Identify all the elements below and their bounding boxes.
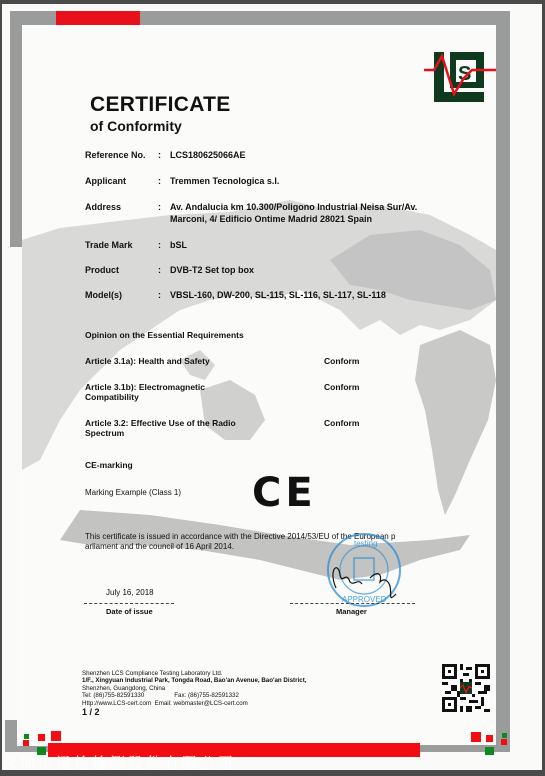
- opinion-heading: Opinion on the Essential Requirements: [85, 330, 244, 340]
- page-number: 1 / 2: [82, 707, 306, 718]
- article-3-2-result: Conform: [324, 418, 359, 428]
- decorative-square: [471, 732, 481, 742]
- separator: :: [158, 176, 161, 186]
- reference-label: Reference No.: [85, 150, 146, 160]
- separator: :: [158, 202, 161, 212]
- article-3-1b-label: Article 3.1b): ElectromagneticCompatibil…: [85, 382, 205, 402]
- models-label: Model(s): [85, 290, 122, 300]
- watermark-text: 深圳市讯检检测股份有限公司: [2, 752, 236, 773]
- lab-web-email: Http://www.LCS-cert.com Email: webmaster…: [82, 700, 306, 707]
- certificate-subtitle: of Conformity: [90, 118, 182, 134]
- trademark-value: bSL: [170, 240, 187, 250]
- lab-website-link[interactable]: Http://www.LCS-cert.com: [82, 700, 151, 707]
- product-label: Product: [85, 265, 119, 275]
- trademark-label: Trade Mark: [85, 240, 133, 250]
- marking-example-text: Marking Example (Class 1): [85, 488, 181, 497]
- manager-signature-line: [290, 603, 415, 604]
- frame-left-border: [10, 11, 22, 247]
- frame-bottom-right-border: [420, 744, 510, 752]
- directive-text-line2: arliament and the council of 16 April 20…: [85, 542, 234, 551]
- separator: :: [158, 290, 161, 300]
- decorative-square: [501, 739, 507, 745]
- decorative-square: [38, 734, 45, 741]
- address-line2: Marconi, 4/ Edificio Ontime Madrid 28021…: [170, 214, 372, 224]
- separator: :: [158, 265, 161, 275]
- address-line1: Av. Andalucia km 10.300/Poligono Industr…: [170, 202, 417, 212]
- decorative-square: [502, 733, 507, 738]
- applicant-value: Tremmen Tecnologica s.l.: [170, 176, 279, 186]
- reference-value: LCS180625066AE: [170, 150, 246, 160]
- approved-stamp-icon: testing APPROVED: [318, 530, 408, 610]
- article-3-2-label: Article 3.2: Effective Use of the RadioS…: [85, 418, 236, 438]
- lab-address-line2: Shenzhen, Guangdong, China: [82, 685, 306, 692]
- models-value: VBSL-160, DW-200, SL-115, SL-116, SL-117…: [170, 290, 386, 300]
- lab-company-name: Shenzhen LCS Compliance Testing Laborato…: [82, 670, 306, 677]
- frame-right-border: [496, 11, 510, 751]
- decorative-square: [486, 735, 493, 742]
- manager-label: Manager: [336, 607, 367, 617]
- decorative-square: [23, 740, 29, 746]
- red-accent-bar-top: [56, 11, 140, 25]
- article-3-1a-result: Conform: [324, 356, 359, 366]
- ce-mark-icon: CE: [252, 470, 317, 516]
- issue-date: July 16, 2018: [106, 588, 154, 597]
- lcs-logo-icon: S: [424, 48, 499, 106]
- address-label: Address: [85, 202, 121, 212]
- separator: :: [158, 240, 161, 250]
- applicant-label: Applicant: [85, 176, 126, 186]
- separator: :: [158, 150, 161, 160]
- lab-contact-block: Shenzhen LCS Compliance Testing Laborato…: [82, 670, 306, 718]
- article-3-1b-result: Conform: [324, 382, 359, 392]
- qr-code-icon[interactable]: [442, 664, 490, 712]
- date-of-issue-label: Date of issue: [106, 607, 153, 617]
- decorative-square: [24, 734, 29, 739]
- ce-marking-heading: CE-marking: [85, 460, 133, 470]
- certificate-title: CERTIFICATE: [90, 93, 231, 117]
- lab-phone-fax: Tel: (86)755-82591330Fax: (86)755-825913…: [82, 692, 306, 699]
- decorative-square: [51, 731, 61, 741]
- svg-text:testing: testing: [354, 539, 378, 548]
- lab-address-line1: 1/F., Xingyuan Industrial Park, Tongda R…: [82, 677, 306, 684]
- lab-email-link[interactable]: Email: webmaster@LCS-cert.com: [155, 700, 248, 707]
- date-signature-line: [84, 603, 174, 604]
- article-3-1a-label: Article 3.1a): Health and Safety: [85, 356, 210, 366]
- decorative-square: [485, 747, 494, 755]
- product-value: DVB-T2 Set top box: [170, 265, 254, 275]
